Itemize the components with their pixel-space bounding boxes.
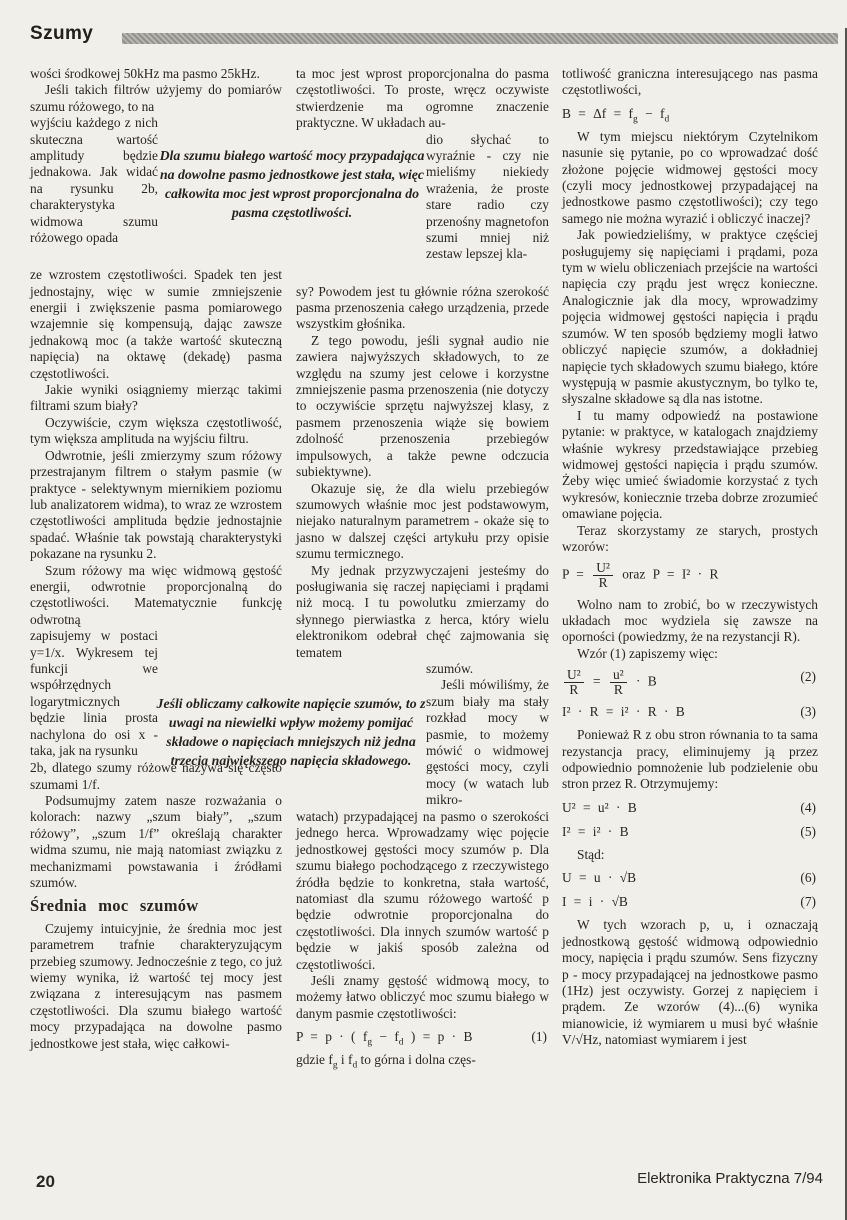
formula-part: U² = u² · B xyxy=(562,800,637,815)
paragraph: Wzór (1) zapiszemy więc: xyxy=(562,646,818,662)
paragraph: Jeśli mówiliśmy, że szum biały ma stały … xyxy=(426,677,549,808)
paragraph: My jednak przyzwyczajeni jesteśmy do pos… xyxy=(296,563,549,661)
formula-part: B = Δf = f xyxy=(562,106,633,121)
formula-part: − f xyxy=(372,1029,399,1044)
paragraph-wrap-beside-quote: dio słychać to wyraźnie - czy nie mieliś… xyxy=(426,132,549,284)
column-3: totliwość graniczna interesującego nas p… xyxy=(562,66,818,1049)
formula-part: I² = i² · B xyxy=(562,824,629,839)
paragraph: gdzie fg i fd to górna i dolna częs- xyxy=(296,1052,549,1068)
column-1: wości środkowej 50kHz ma pasmo 25kHz. Je… xyxy=(30,66,282,1052)
paragraph-wrap-beside-quote: zapisujemy w postaci y=1/x. Wykresem tej… xyxy=(30,628,158,760)
formula-part: P = xyxy=(562,567,591,582)
equation-6: U = u · √B (6) xyxy=(562,869,818,887)
paragraph: Czujemy intuicyjnie, że średnia moc jest… xyxy=(30,921,282,1052)
formula-part: = xyxy=(586,674,608,689)
fraction-denominator: R xyxy=(564,683,584,697)
equation-5: I² = i² · B (5) xyxy=(562,823,818,841)
equation-1: P = p · ( fg − fd ) = p · B (1) xyxy=(296,1028,549,1046)
magazine-page: Szumy Dla szumu białego wartość mocy prz… xyxy=(0,0,847,1220)
paragraph: Z tego powodu, jeśli sygnał audio nie za… xyxy=(296,333,549,481)
paragraph: totliwość graniczna interesującego nas p… xyxy=(562,66,818,99)
paragraph-wrap-beside-quote: szumów. Jeśli mówiliśmy, że szum biały m… xyxy=(426,661,549,809)
formula-part: U = u · √B xyxy=(562,870,636,885)
header-hatched-bar xyxy=(122,33,838,44)
magazine-title-footer: Elektronika Praktyczna 7/94 xyxy=(637,1170,823,1187)
equation-3: I² · R = i² · R · B (3) xyxy=(562,703,818,721)
fraction-denominator: R xyxy=(593,576,613,590)
paragraph: Okazuje się, że dla wielu przebiegów szu… xyxy=(296,481,549,563)
equation-number: (1) xyxy=(531,1028,547,1046)
formula-part: I² · R = i² · R · B xyxy=(562,704,685,719)
equation-4: U² = u² · B (4) xyxy=(562,799,818,817)
paragraph: Jak powiedzieliśmy, w praktyce częściej … xyxy=(562,227,818,407)
paragraph: W tych wzorach p, u, i oznaczają jednost… xyxy=(562,917,818,1048)
paragraph: Jeśli takich filtrów użyjemy do pomiarów… xyxy=(30,82,282,115)
formula-part: I = i · √B xyxy=(562,894,628,909)
formula-part: · B xyxy=(629,674,657,689)
equation-2: U²R = u²R · B (2) xyxy=(562,668,818,697)
fraction-numerator: U² xyxy=(593,561,613,576)
paragraph: watach) przypadającej na pasmo o szeroko… xyxy=(296,809,549,973)
paragraph: sy? Powodem jest tu głównie różna szerok… xyxy=(296,284,549,333)
paragraph: Stąd: xyxy=(562,847,818,863)
text-part: i f xyxy=(338,1052,353,1067)
paragraph: Wolno nam to zrobić, bo w rzeczywistych … xyxy=(562,597,818,646)
paragraph: ze wzrostem częstotliwości. Spadek ten j… xyxy=(30,267,282,382)
paragraph: Jakie wyniki osiągniemy mierząc takimi f… xyxy=(30,382,282,415)
fraction-denominator: R xyxy=(610,683,627,697)
paragraph: Jeśli znamy gęstość widmową mocy, to moż… xyxy=(296,973,549,1022)
text-part: gdzie f xyxy=(296,1052,333,1067)
bandwidth-formula: B = Δf = fg − fd xyxy=(562,105,818,123)
formula-part: ) = p · B xyxy=(404,1029,473,1044)
subscript-d: d xyxy=(664,114,669,124)
equation-number: (3) xyxy=(800,703,816,721)
paragraph: Odwrotnie, jeśli zmierzymy szum różowy p… xyxy=(30,448,282,563)
fraction-numerator: U² xyxy=(564,668,584,683)
equation-number: (5) xyxy=(800,823,816,841)
paragraph: ta moc jest wprost proporcjonalna do pas… xyxy=(296,66,549,132)
text-part: to górna i dolna częs- xyxy=(357,1052,476,1067)
paragraph: 2b, dlatego szumy różowe nazywa się częs… xyxy=(30,760,282,793)
formula-part: P = p · ( f xyxy=(296,1029,367,1044)
paragraph: Oczywiście, czym większa częstotliwość, … xyxy=(30,415,282,448)
equation-number: (2) xyxy=(800,668,816,686)
paragraph: W tym miejscu niektórym Czytelnikom nasu… xyxy=(562,129,818,227)
paragraph: wości środkowej 50kHz ma pasmo 25kHz. xyxy=(30,66,282,82)
equation-number: (4) xyxy=(800,799,816,817)
paragraph: Ponieważ R z obu stron równania to ta sa… xyxy=(562,727,818,793)
formula-part: − f xyxy=(638,106,665,121)
equation-number: (7) xyxy=(800,893,816,911)
fraction-numerator: u² xyxy=(610,668,627,683)
fraction: U²R xyxy=(593,561,613,590)
equation-number: (6) xyxy=(800,869,816,887)
fraction: u²R xyxy=(610,668,627,697)
page-section-title: Szumy xyxy=(30,23,93,45)
power-formulas: P = U²R oraz P = I² · R xyxy=(562,561,818,590)
equation-7: I = i · √B (7) xyxy=(562,893,818,911)
paragraph-end: szumów. xyxy=(426,661,549,677)
page-number: 20 xyxy=(36,1172,55,1192)
column-2: ta moc jest wprost proporcjonalna do pas… xyxy=(296,66,549,1069)
formula-part: oraz P = I² · R xyxy=(615,567,719,582)
fraction: U²R xyxy=(564,668,584,697)
paragraph: I tu mamy odpowiedź na postawione pytani… xyxy=(562,408,818,523)
paragraph-wrap-beside-quote: wyjściu każdego z nich skuteczna wartość… xyxy=(30,115,158,267)
section-heading: Średnia moc szumów xyxy=(30,898,282,914)
paragraph: Szum różowy ma więc widmową gęstość ener… xyxy=(30,563,282,629)
paragraph: Teraz skorzystamy ze starych, prostych w… xyxy=(562,523,818,556)
paragraph: Podsumujmy zatem nasze rozważania o kolo… xyxy=(30,793,282,891)
